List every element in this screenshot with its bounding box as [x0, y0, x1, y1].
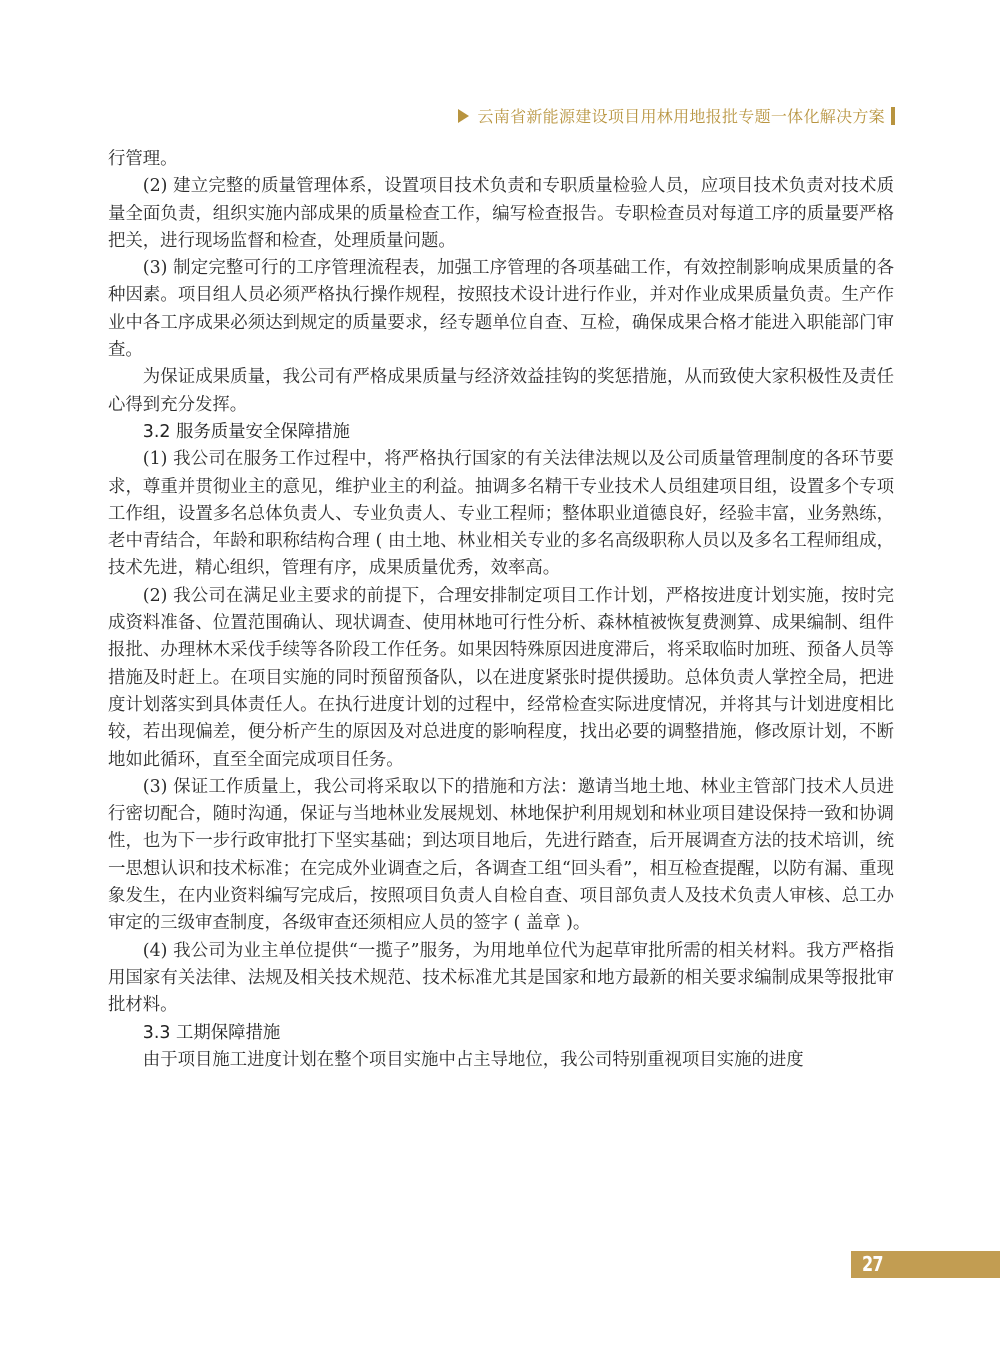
paragraph-service-3: (3) 保证工作质量上，我公司将采取以下的措施和方法：邀请当地土地、林业主管部门… [108, 774, 894, 938]
header-end-bar-icon [891, 107, 895, 125]
paragraph-service-2: (2) 我公司在满足业主要求的前提下，合理安排制定项目工作计划，严格按进度计划实… [108, 583, 894, 774]
section-heading-3-2: 3.2 服务质量安全保障措施 [108, 419, 894, 446]
paragraph-continuation: 行管理。 [108, 146, 894, 173]
document-body: 行管理。 (2) 建立完整的质量管理体系，设置项目技术负责和专职质量检验人员，应… [108, 146, 894, 1074]
page-number: 27 [862, 1252, 883, 1276]
paragraph-service-4: (4) 我公司为业主单位提供“一揽子”服务，为用地单位代为起草审批所需的相关材料… [108, 938, 894, 1020]
paragraph-quality-system: (2) 建立完整的质量管理体系，设置项目技术负责和专职质量检验人员，应项目技术负… [108, 173, 894, 255]
running-header: 云南省新能源建设项目用林用地报批专题一体化解决方案 [458, 104, 895, 127]
paragraph-service-1: (1) 我公司在服务工作过程中，将严格执行国家的有关法律法规以及公司质量管理制度… [108, 446, 894, 582]
page-number-bar: 27 [851, 1251, 1000, 1278]
running-header-title: 云南省新能源建设项目用林用地报批专题一体化解决方案 [477, 104, 885, 127]
paragraph-process-management: (3) 制定完整可行的工序管理流程表，加强工序管理的各项基础工作，有效控制影响成… [108, 255, 894, 364]
section-heading-3-3: 3.3 工期保障措施 [108, 1020, 894, 1047]
paragraph-incentives: 为保证成果质量，我公司有严格成果质量与经济效益挂钩的奖惩措施，从而致使大家积极性… [108, 364, 894, 419]
triangle-marker-icon [458, 109, 469, 123]
paragraph-schedule: 由于项目施工进度计划在整个项目实施中占主导地位，我公司特别重视项目实施的进度 [108, 1047, 894, 1074]
